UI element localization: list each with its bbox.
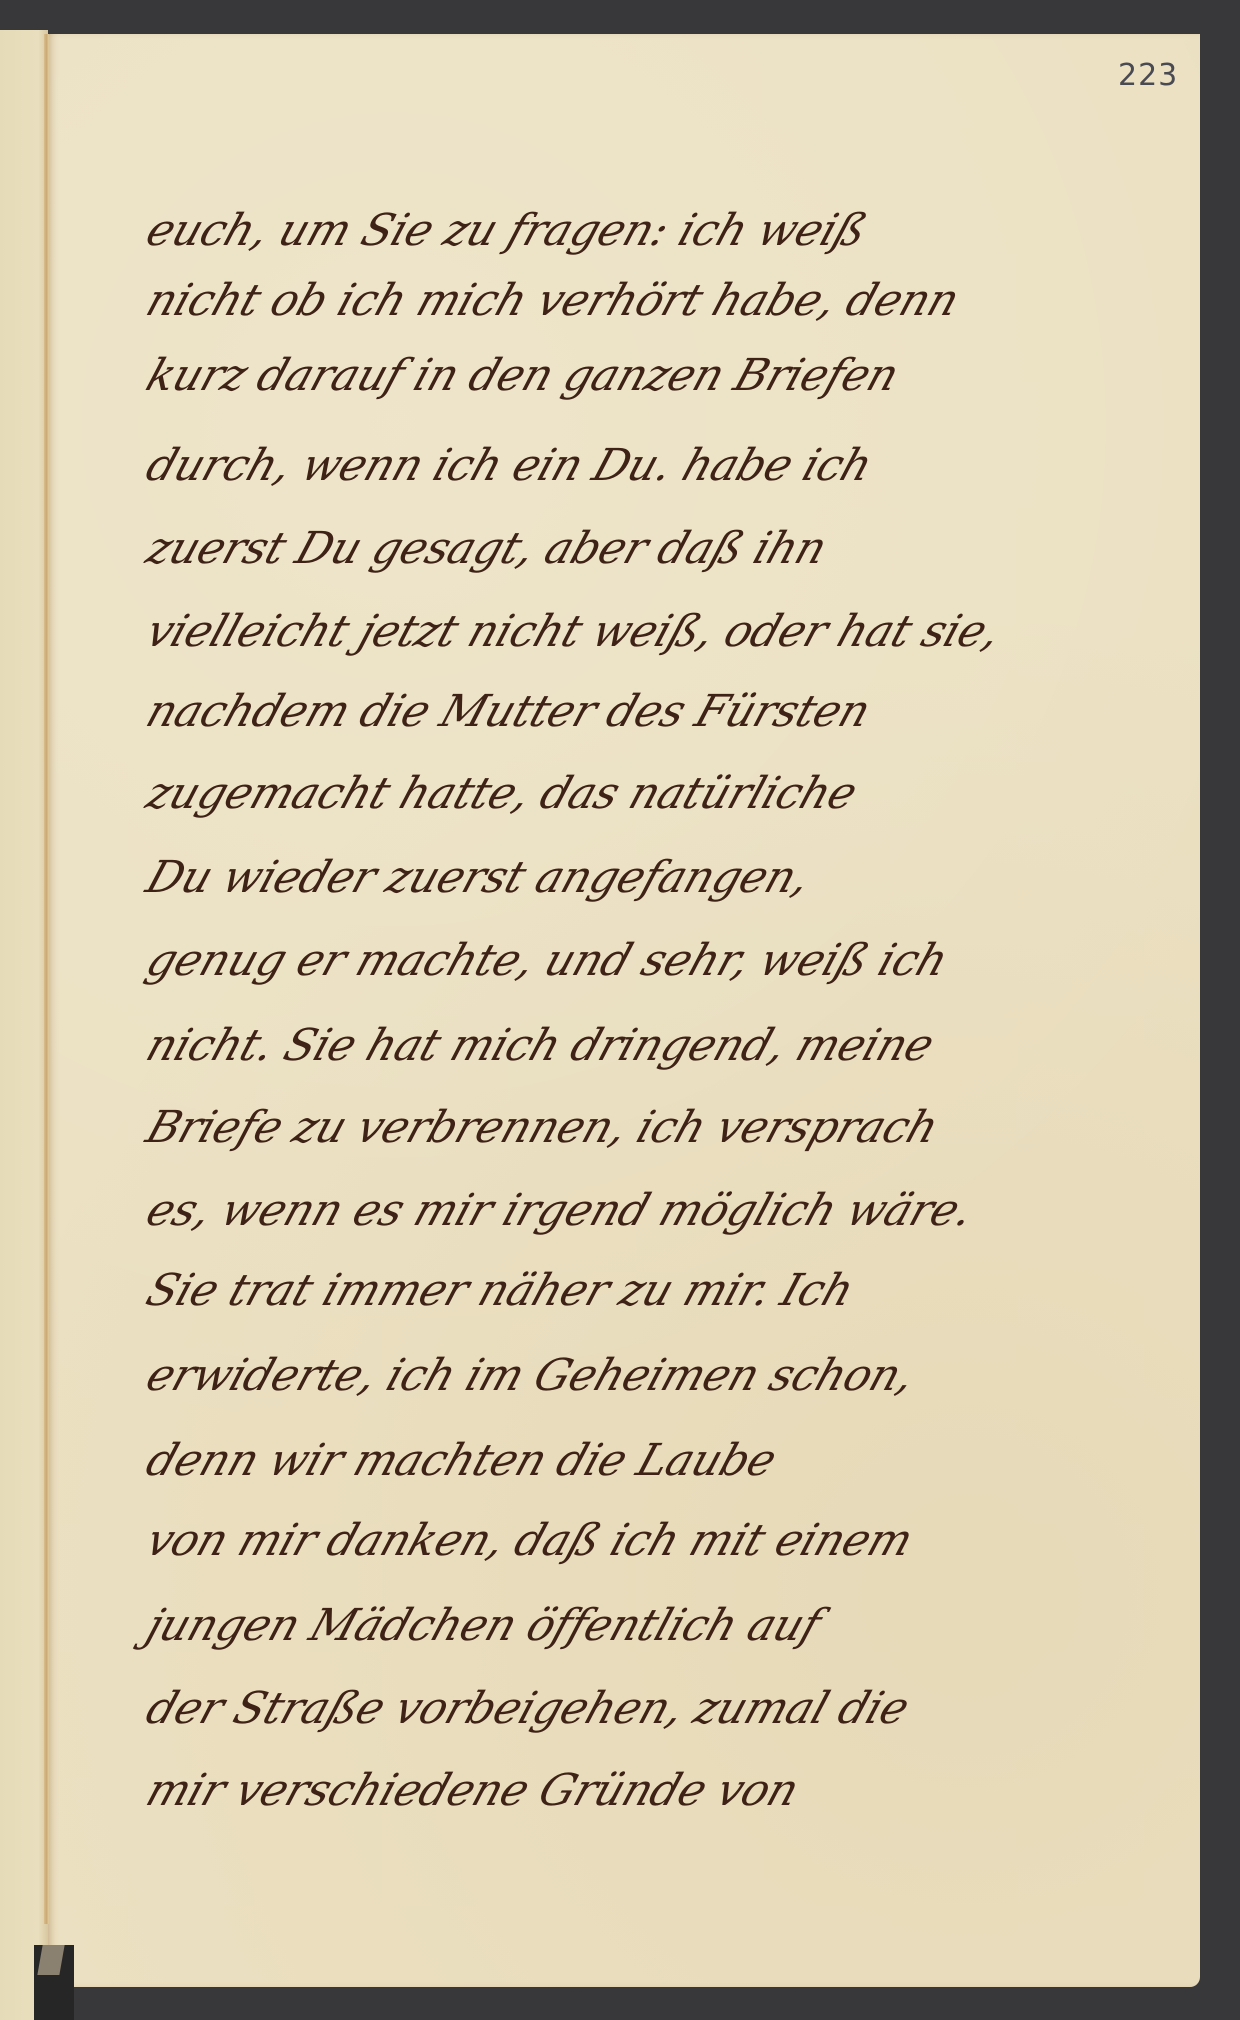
manuscript-line: der Straße vorbeigehen, zumal die [140,1683,915,1734]
manuscript-line: Briefe zu verbrennen, ich versprach [140,1102,945,1153]
manuscript-line: nicht. Sie hat mich dringend, meine [140,1020,940,1071]
manuscript-line: Sie trat immer näher zu mir. Ich [140,1265,860,1316]
binding-fold [44,34,49,1924]
manuscript-line: von mir danken, daß ich mit einem [140,1515,919,1566]
manuscript-line: jungen Mädchen öffentlich auf [140,1600,827,1651]
manuscript-line: zuerst Du gesagt, aber daß ihn [140,523,833,574]
manuscript-line: vielleicht jetzt nicht weiß, oder hat si… [140,606,1006,657]
manuscript-line: durch, wenn ich ein Du. habe ich [140,440,878,491]
manuscript-line: erwiderte, ich im Geheimen schon, [140,1350,921,1401]
page-number: 223 [1118,58,1178,93]
manuscript-line: denn wir machten die Laube [140,1435,782,1486]
manuscript-line: mir verschiedene Gründe von [140,1765,805,1816]
manuscript-line: kurz darauf in den ganzen Briefen [140,350,905,401]
manuscript-line: Du wieder zuerst angefangen, [140,852,816,903]
manuscript-line: es, wenn es mir irgend möglich wäre. [140,1185,979,1236]
manuscript-line: euch, um Sie zu fragen: ich weiß [140,205,873,256]
manuscript-line: genug er machte, und sehr, weiß ich [140,935,954,986]
manuscript-line: zugemacht hatte, das natürliche [140,768,863,819]
manuscript-line: nachdem die Mutter des Fürsten [140,686,876,737]
manuscript-line: nicht ob ich mich verhört habe, denn [140,275,965,326]
facing-page-edge [0,30,48,2020]
